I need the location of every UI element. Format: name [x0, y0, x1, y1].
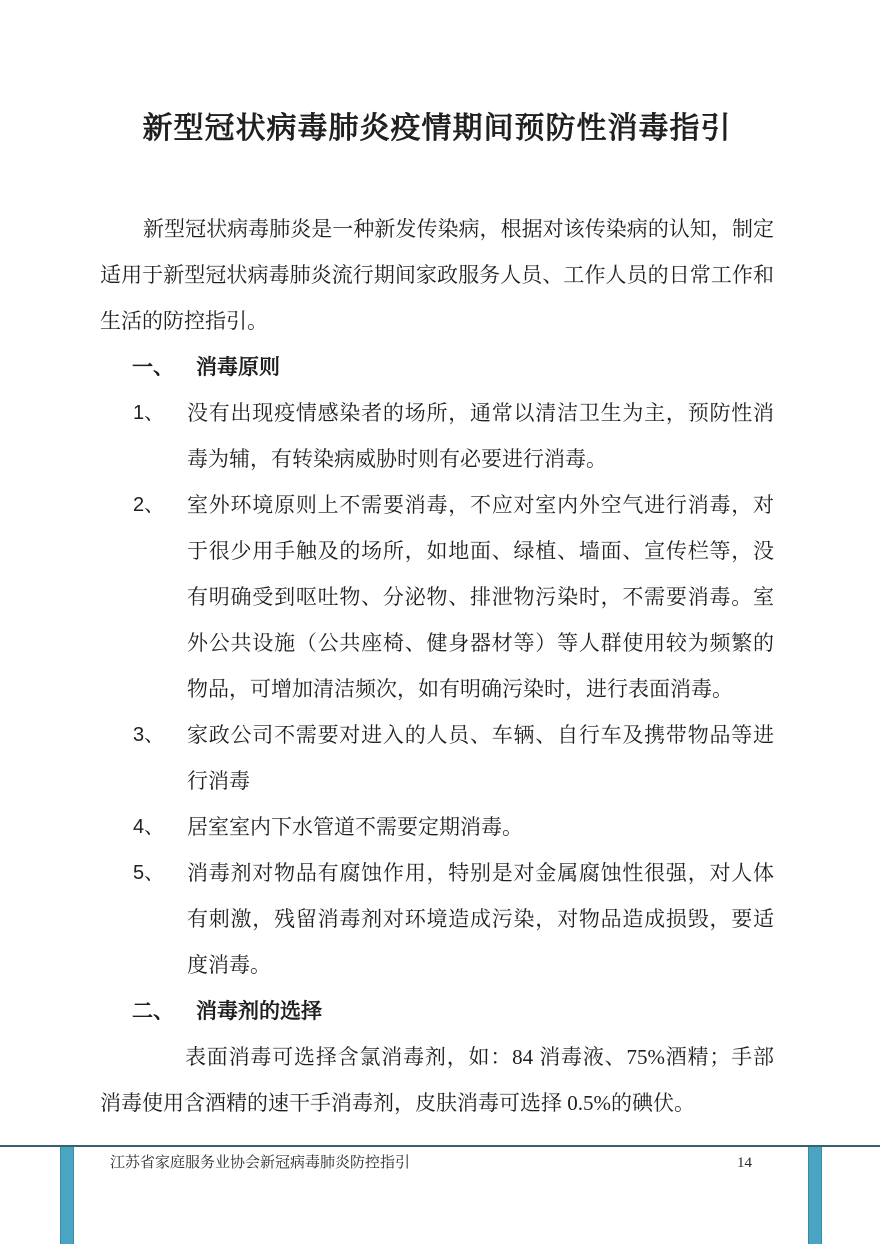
left-border-bar — [60, 1147, 74, 1244]
section-number: 二、 — [132, 988, 196, 1034]
section-label: 消毒剂的选择 — [196, 988, 322, 1034]
page-number: 14 — [737, 1152, 752, 1174]
footer-rule — [0, 1145, 880, 1147]
list-item: 1、 没有出现疫情感染者的场所，通常以清洁卫生为主，预防性消毒为辅，有转染病威胁… — [100, 390, 774, 482]
section-label: 消毒原则 — [196, 344, 280, 390]
section-heading-2: 二、 消毒剂的选择 — [100, 988, 774, 1034]
list-item-number: 4、 — [133, 804, 187, 850]
list-item: 3、 家政公司不需要对进入的人员、车辆、自行车及携带物品等进行消毒 — [100, 712, 774, 804]
list-item-text: 消毒剂对物品有腐蚀作用，特别是对金属腐蚀性很强，对人体有刺激，残留消毒剂对环境造… — [187, 850, 774, 988]
document-title: 新型冠状病毒肺炎疫情期间预防性消毒指引 — [100, 108, 774, 150]
list-item-text: 居室室内下水管道不需要定期消毒。 — [187, 804, 774, 850]
list-item-number: 1、 — [133, 390, 187, 482]
list-item-number: 3、 — [133, 712, 187, 804]
page-content: 新型冠状病毒肺炎疫情期间预防性消毒指引 新型冠状病毒肺炎是一种新发传染病，根据对… — [100, 108, 774, 1126]
section-number: 一、 — [132, 344, 196, 390]
footer: 江苏省家庭服务业协会新冠病毒肺炎防控指引 14 — [110, 1152, 752, 1174]
right-border-bar — [808, 1147, 822, 1244]
closing-paragraph: 表面消毒可选择含氯消毒剂，如：84 消毒液、75%酒精；手部消毒使用含酒精的速干… — [100, 1034, 774, 1126]
list-item: 4、 居室室内下水管道不需要定期消毒。 — [100, 804, 774, 850]
list-item-text: 家政公司不需要对进入的人员、车辆、自行车及携带物品等进行消毒 — [187, 712, 774, 804]
list-item-text: 室外环境原则上不需要消毒，不应对室内外空气进行消毒，对于很少用手触及的场所，如地… — [187, 482, 774, 712]
footer-text: 江苏省家庭服务业协会新冠病毒肺炎防控指引 — [110, 1152, 410, 1174]
list-item-text: 没有出现疫情感染者的场所，通常以清洁卫生为主，预防性消毒为辅，有转染病威胁时则有… — [187, 390, 774, 482]
intro-paragraph: 新型冠状病毒肺炎是一种新发传染病，根据对该传染病的认知，制定适用于新型冠状病毒肺… — [100, 206, 774, 344]
list-item-number: 5、 — [133, 850, 187, 988]
list-item: 5、 消毒剂对物品有腐蚀作用，特别是对金属腐蚀性很强，对人体有刺激，残留消毒剂对… — [100, 850, 774, 988]
list-item: 2、 室外环境原则上不需要消毒，不应对室内外空气进行消毒，对于很少用手触及的场所… — [100, 482, 774, 712]
list-item-number: 2、 — [133, 482, 187, 712]
section-heading-1: 一、 消毒原则 — [100, 344, 774, 390]
